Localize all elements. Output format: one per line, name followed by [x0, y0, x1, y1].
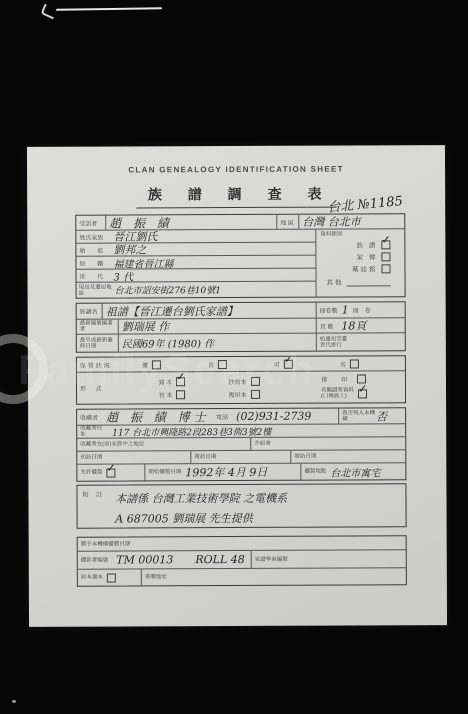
permit-checkbox: ✓: [106, 468, 115, 477]
phone-value: (02)931-2739: [233, 409, 339, 424]
category-epitaph-label: 墓誌銘: [352, 264, 378, 273]
category-cell: 資料類別 族 譜 ✓ 家 傳 墓誌銘 其他: [316, 229, 404, 296]
pages-cell: 頁 數 18頁: [317, 318, 405, 332]
excellent-checkbox: [152, 360, 161, 369]
category-item-biography: 家 傳: [320, 252, 400, 261]
listed-cell: 曾否列入本機構 否: [339, 408, 405, 423]
category-item-genealogy: 族 譜 ✓: [320, 240, 400, 249]
filming-date-label: 開始攝製日期: [148, 469, 181, 475]
photographer-number: TM 00013: [116, 553, 173, 566]
condition-option-good: 良: [205, 357, 271, 371]
photo-background: FamilySearch CLAN GENEALOGY IDENTIFICATI…: [0, 0, 468, 714]
filming-place-value: 台北市寓宅: [330, 464, 380, 479]
format-col1: 寫 本 ✓ 刊 本: [139, 372, 205, 403]
notes-label: 附 註: [77, 486, 107, 528]
origin-label: 原 籍: [76, 258, 113, 267]
generations-label: 世 代: [76, 271, 113, 280]
compile-date-value: 民國69年 (1980) 作: [119, 334, 317, 352]
film-speck: [12, 700, 16, 703]
table-condition-format: 保管狀況 優 良 可 ✓ 劣 形 式: [76, 355, 406, 404]
condition-label: 保管狀況: [77, 357, 139, 371]
format-photocopy: 複印本: [228, 389, 259, 398]
filming-permit-cell: 允許攝製 ✓: [77, 464, 145, 480]
interviewee-value: 趙 振 績: [106, 215, 277, 230]
row-format: 形 式 寫 本 ✓ 刊 本 抄寫本: [77, 371, 405, 403]
repeat-visit-label: 增訪日期: [291, 450, 405, 462]
row-holder: 收藏者 趙 振 績 博士 電話 (02)931-2739 曾否列入本機構 否: [77, 408, 405, 425]
biography-checkbox: [381, 252, 390, 261]
film-scratch: [40, 4, 57, 20]
holder-address-label: 收藏者住址: [77, 426, 109, 438]
holder-value: 趙 振 績 博士: [103, 409, 213, 424]
listed-value: 否: [376, 408, 387, 423]
notes-line2: A 687005 劉瑞展 先生提供: [115, 509, 287, 526]
row-clan: 姓氏家族 晉江劉氏: [76, 230, 315, 244]
area-label: 地 區: [277, 215, 299, 229]
manuscript-label: 寫 本: [159, 377, 173, 386]
other-blank-line: [347, 277, 391, 286]
row-compiler: 最新編纂編著者 劉瑞展 作 頁 數 18頁: [77, 318, 405, 334]
compiler-label: 最新編纂編著者: [77, 320, 119, 334]
return-cell: 原本還本: [78, 569, 142, 585]
printed-label: 刊 本: [159, 390, 173, 399]
genealogy-checkbox: ✓: [381, 240, 390, 249]
table-identity: 受訪者 趙 振 績 地 區 台灣 台北市 姓氏家族 晉江劉氏 始 祖 劉邦之: [75, 213, 405, 298]
condition-option-poor: 劣: [337, 356, 405, 370]
row-condition: 保管狀況 優 良 可 ✓ 劣: [77, 356, 405, 372]
send-address-label: 寄贈地址: [142, 568, 406, 585]
title-english: CLAN GENEALOGY IDENTIFICATION SHEET: [27, 164, 445, 175]
photographer-label: 攝影者編號: [81, 557, 109, 563]
row-origin: 原 籍 福建省晉江縣: [76, 256, 315, 270]
check-mark: ✓: [106, 464, 115, 474]
title-chinese: 族 譜 調 查 表: [136, 184, 337, 209]
printed-checkbox: [176, 390, 185, 399]
category-genealogy-label: 族 譜: [357, 240, 378, 249]
phone-label: 電話: [213, 409, 233, 424]
return-checkbox: [107, 573, 116, 582]
holder-label: 收藏者: [77, 410, 103, 425]
manuscript-checkbox: ✓: [176, 377, 185, 386]
table-processing: 贈予本機構攝贈日期 攝影者編號 TM 00013 ROLL 48 家譜學會編號 …: [77, 535, 407, 586]
clan-label: 姓氏家族: [76, 232, 113, 241]
epitaph-checkbox: [381, 264, 390, 273]
volumes-label: 冊卷數: [320, 306, 338, 315]
residence-value: 台北市詔安街276巷10號1: [115, 283, 221, 296]
firstgen-label-line2: 世代排行: [320, 342, 342, 348]
format-col3: 排 印 有關譜系資料 (口傳族人) ✓: [283, 371, 405, 403]
photocopy-checkbox: [251, 389, 260, 398]
table-holder: 收藏者 趙 振 績 博士 電話 (02)931-2739 曾否列入本機構 否 收…: [76, 407, 406, 481]
oral-label-line2: (口傳族人): [321, 393, 354, 399]
area-value: 台灣 台北市: [299, 214, 404, 228]
second-visit-label: 複訪日期: [191, 451, 291, 463]
typeset-label: 排 印: [322, 374, 354, 383]
check-mark: ✓: [176, 372, 185, 383]
row-return-send: 原本還本 寄贈地址: [78, 568, 406, 585]
notes-line1: 本譜係 台灣工業技術學院 之電機系: [115, 489, 287, 506]
category-item-epitaph: 墓誌銘: [320, 264, 400, 273]
residence-label: 現居及遷居地區: [77, 284, 115, 296]
condition-poor-label: 劣: [340, 359, 346, 368]
handcopy-checkbox: [250, 376, 259, 385]
introducer-label: 介紹者: [251, 437, 405, 450]
format-handcopy: 抄寫本: [228, 376, 259, 385]
category-other-label: 其他: [327, 278, 344, 287]
notes-box: 附 註 本譜係 台灣工業技術學院 之電機系 A 687005 劉瑞展 先生提供: [76, 483, 406, 528]
category-biography-label: 家 傳: [357, 252, 378, 261]
handcopy-label: 抄寫本: [228, 376, 246, 385]
condition-fair-label: 可: [274, 359, 280, 368]
identity-left-column: 姓氏家族 晉江劉氏 始 祖 劉邦之 原 籍 福建省晉江縣 世 代 3 代: [76, 230, 316, 298]
row-compile-date: 最早或最新纂修日期 民國69年 (1980) 作 始遷祖至臺 世代排行: [77, 333, 405, 351]
compiler-value: 劉瑞展 作: [119, 319, 317, 334]
condition-good-label: 良: [208, 360, 214, 369]
check-mark: ✓: [284, 357, 293, 366]
compile-date-label: 最早或最新纂修日期: [77, 335, 119, 352]
condition-option-excellent: 優: [139, 357, 205, 371]
filming-place-label: 攝製地點: [304, 469, 326, 475]
notes-content: 本譜係 台灣工業技術學院 之電機系 A 687005 劉瑞展 先生提供: [107, 485, 287, 528]
first-ancestor-label: 始 祖: [76, 245, 113, 254]
holder-address-value: 117 台北市興隆路2段283巷3衖3號2樓: [109, 424, 405, 437]
good-checkbox: [218, 360, 227, 369]
pages-label: 頁 數: [320, 321, 334, 330]
filming-place-cell: 攝製地點 台北市寓宅: [301, 463, 405, 479]
volumes-suffix: 冊 卷: [353, 305, 371, 314]
format-manuscript: 寫 本 ✓: [159, 377, 186, 386]
format-col2: 抄寫本 複印本: [205, 372, 283, 403]
condition-option-fair: 可 ✓: [271, 357, 337, 371]
poor-checkbox: [350, 359, 359, 368]
category-other: 其他: [321, 277, 401, 286]
volumes-value: 1: [342, 304, 349, 317]
format-oral: 有關譜系資料 (口傳族人) ✓: [321, 387, 367, 399]
row-identity-body: 姓氏家族 晉江劉氏 始 祖 劉邦之 原 籍 福建省晉江縣 世 代 3 代: [76, 229, 404, 297]
check-mark: ✓: [358, 382, 367, 395]
listed-label: 曾否列入本機構: [342, 410, 376, 422]
generations-value: 3 代: [113, 268, 133, 283]
fair-checkbox: ✓: [284, 359, 293, 368]
row-first-ancestor: 始 祖 劉邦之: [76, 243, 315, 257]
row-generations: 世 代 3 代: [76, 269, 315, 283]
photographer-cell: 攝影者編號 TM 00013 ROLL 48: [78, 551, 252, 569]
check-mark: ✓: [381, 233, 390, 246]
table-book-info: 族譜名 祖譜【晉江遷台劉氏家譜】 冊卷數 1 冊 卷 最新編纂編著者 劉瑞展 作…: [76, 301, 406, 352]
book-name-value: 祖譜【晉江遷台劉氏家譜】: [103, 303, 317, 319]
row-donation-date: 贈予本機構攝贈日期: [78, 536, 406, 551]
photocopy-label: 複印本: [228, 389, 246, 398]
row-photographer: 攝影者編號 TM 00013 ROLL 48 家譜學會編號: [78, 550, 406, 569]
firstgen-cell: 始遷祖至臺 世代排行: [317, 333, 405, 350]
interviewee-label: 受訪者: [76, 216, 106, 230]
oral-label-stack: 有關譜系資料 (口傳族人): [321, 387, 354, 399]
row-book-name: 族譜名 祖譜【晉江遷台劉氏家譜】 冊卷數 1 冊 卷: [77, 302, 405, 319]
filming-permit-label: 允許攝製: [80, 470, 102, 476]
oral-checkbox: ✓: [358, 389, 367, 398]
holder-position-label: 收藏者在(原)家族中之地位: [77, 438, 251, 451]
donation-date-label: 贈予本機構攝贈日期: [78, 536, 406, 550]
return-label: 原本還本: [81, 575, 103, 581]
condition-excellent-label: 優: [142, 360, 148, 369]
filming-date-value: 1992年 4月 9日: [185, 464, 267, 480]
book-name-label: 族譜名: [77, 304, 103, 319]
roll-number: ROLL 48: [195, 553, 244, 566]
row-filming: 允許攝製 ✓ 開始攝製日期 1992年 4月 9日 攝製地點 台北市寓宅: [77, 463, 405, 480]
filming-date-cell: 開始攝製日期 1992年 4月 9日: [145, 464, 301, 481]
film-scratch: [56, 7, 162, 10]
volumes-cell: 冊卷數 1 冊 卷: [317, 302, 405, 317]
pages-value: 18頁: [341, 318, 366, 332]
document-sheet: CLAN GENEALOGY IDENTIFICATION SHEET 族 譜 …: [27, 145, 447, 627]
row-residence: 現居及遷居地區 台北市詔安街276巷10號1: [77, 282, 316, 298]
format-printed: 刊 本: [159, 390, 186, 399]
society-number-label: 家譜學會編號: [252, 550, 406, 568]
first-visit-label: 初訪日期: [77, 451, 191, 463]
format-label: 形 式: [77, 372, 139, 403]
